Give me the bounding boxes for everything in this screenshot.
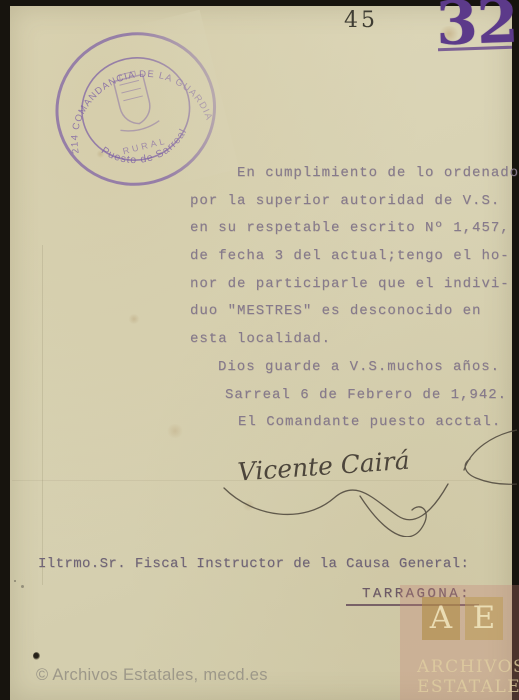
letter-line: por la superior autoridad de V.S. bbox=[190, 188, 515, 216]
archivos-estatales-watermark: A E ARCHIVOS ESTATALES bbox=[400, 585, 519, 700]
letter-line: duo "MESTRES" es desconocido en bbox=[190, 298, 515, 326]
folio-number: 45 bbox=[344, 8, 378, 33]
paper-speck bbox=[21, 585, 24, 588]
ae-logo: A E bbox=[422, 597, 503, 640]
ae-logo-letter-e: E bbox=[465, 597, 503, 640]
letter-line: en su respetable escrito Nº 1,457, bbox=[190, 215, 515, 243]
ae-logo-text: ARCHIVOS ESTATALES bbox=[417, 657, 519, 697]
letter-line: En cumplimiento de lo ordenado bbox=[237, 160, 515, 188]
signature-name: Vicente Cairá bbox=[237, 446, 411, 487]
paper-crease bbox=[42, 245, 43, 585]
punch-hole bbox=[33, 652, 40, 660]
handwritten-signature: Vicente Cairá bbox=[212, 412, 517, 537]
ae-logo-letter-a: A bbox=[422, 597, 460, 640]
letter-line: esta localidad. bbox=[190, 326, 515, 354]
addressee-line: Iltrmo.Sr. Fiscal Instructor de la Causa… bbox=[38, 556, 469, 572]
letter-line: de fecha 3 del actual;tengo el ho- bbox=[190, 243, 515, 271]
letter-body: En cumplimiento de lo ordenado por la su… bbox=[190, 160, 515, 437]
letter-line: nor de participarle que el indivi- bbox=[190, 271, 515, 299]
letter-line-dateline: Sarreal 6 de Febrero de 1,942. bbox=[225, 382, 515, 410]
letter-line-valediction: Dios guarde a V.S.muchos años. bbox=[218, 354, 515, 382]
scanned-document: 45 32 214 COMANDANCIA DE LA GUARDIA CIVI… bbox=[0, 0, 519, 700]
paper-speck bbox=[14, 580, 16, 582]
copyright-watermark: © Archivos Estatales, mecd.es bbox=[36, 666, 268, 685]
